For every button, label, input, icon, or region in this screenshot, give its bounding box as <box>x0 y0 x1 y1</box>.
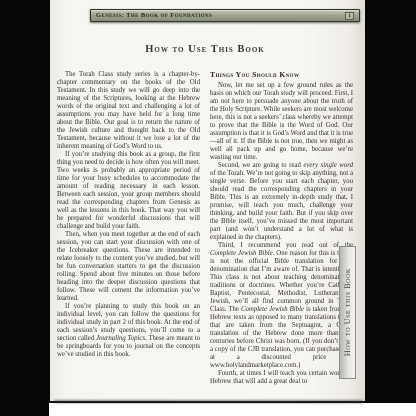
body-columns: The Torah Class study series is a chapte… <box>57 71 353 386</box>
photo-left-edge <box>0 0 49 416</box>
italic-phrase: Complete Jewish Bible <box>241 306 304 313</box>
paragraph: Then, when you meet together at the end … <box>57 231 200 303</box>
paragraph: If you’re planning to study this book on… <box>57 303 200 359</box>
paragraph: Third, I recommend you read out of the C… <box>210 242 353 370</box>
paragraph: The Torah Class study series is a chapte… <box>57 71 200 151</box>
paragraph-text: Second, we are going to read <box>218 162 303 169</box>
paragraph-text: of the Torah. We’re not going to skip an… <box>210 170 353 241</box>
italic-phrase: Complete Jewish Bible <box>210 250 273 257</box>
italic-phrase: every single word <box>303 162 353 169</box>
page-title: How to Use This Book <box>57 44 353 55</box>
paragraph-text: Third, I recommend you read out of the <box>218 242 353 249</box>
chapter-side-tab: How to Use this Book <box>339 246 356 379</box>
right-column: Things You Should Know Now, let me set u… <box>210 71 353 386</box>
italic-phrase: Journaling Topics <box>96 335 145 342</box>
book-page: Genesis: The Book of Foundations 1 How t… <box>50 0 365 401</box>
page-number: 1 <box>345 12 354 20</box>
paragraph-text: . One reason for this is that it is not … <box>210 250 353 313</box>
paragraph: Second, we are going to read every singl… <box>210 162 353 242</box>
section-heading: Things You Should Know <box>210 71 353 79</box>
running-header-bar: Genesis: The Book of Foundations 1 <box>90 9 360 22</box>
paragraph-text: is taken from the Hebrew texts as oppose… <box>210 306 353 369</box>
paragraph: If you’re studying this book as a group,… <box>57 151 200 231</box>
running-header-title: Genesis: The Book of Foundations <box>96 12 212 19</box>
screenshot-canvas: Genesis: The Book of Foundations 1 How t… <box>0 0 416 416</box>
left-column: The Torah Class study series is a chapte… <box>57 71 200 386</box>
chapter-side-tab-label: How to Use this Book <box>343 268 352 356</box>
paragraph: Now, let me set up a few ground rules as… <box>210 82 353 162</box>
paragraph: Fourth, at times I will teach you certai… <box>210 370 353 386</box>
